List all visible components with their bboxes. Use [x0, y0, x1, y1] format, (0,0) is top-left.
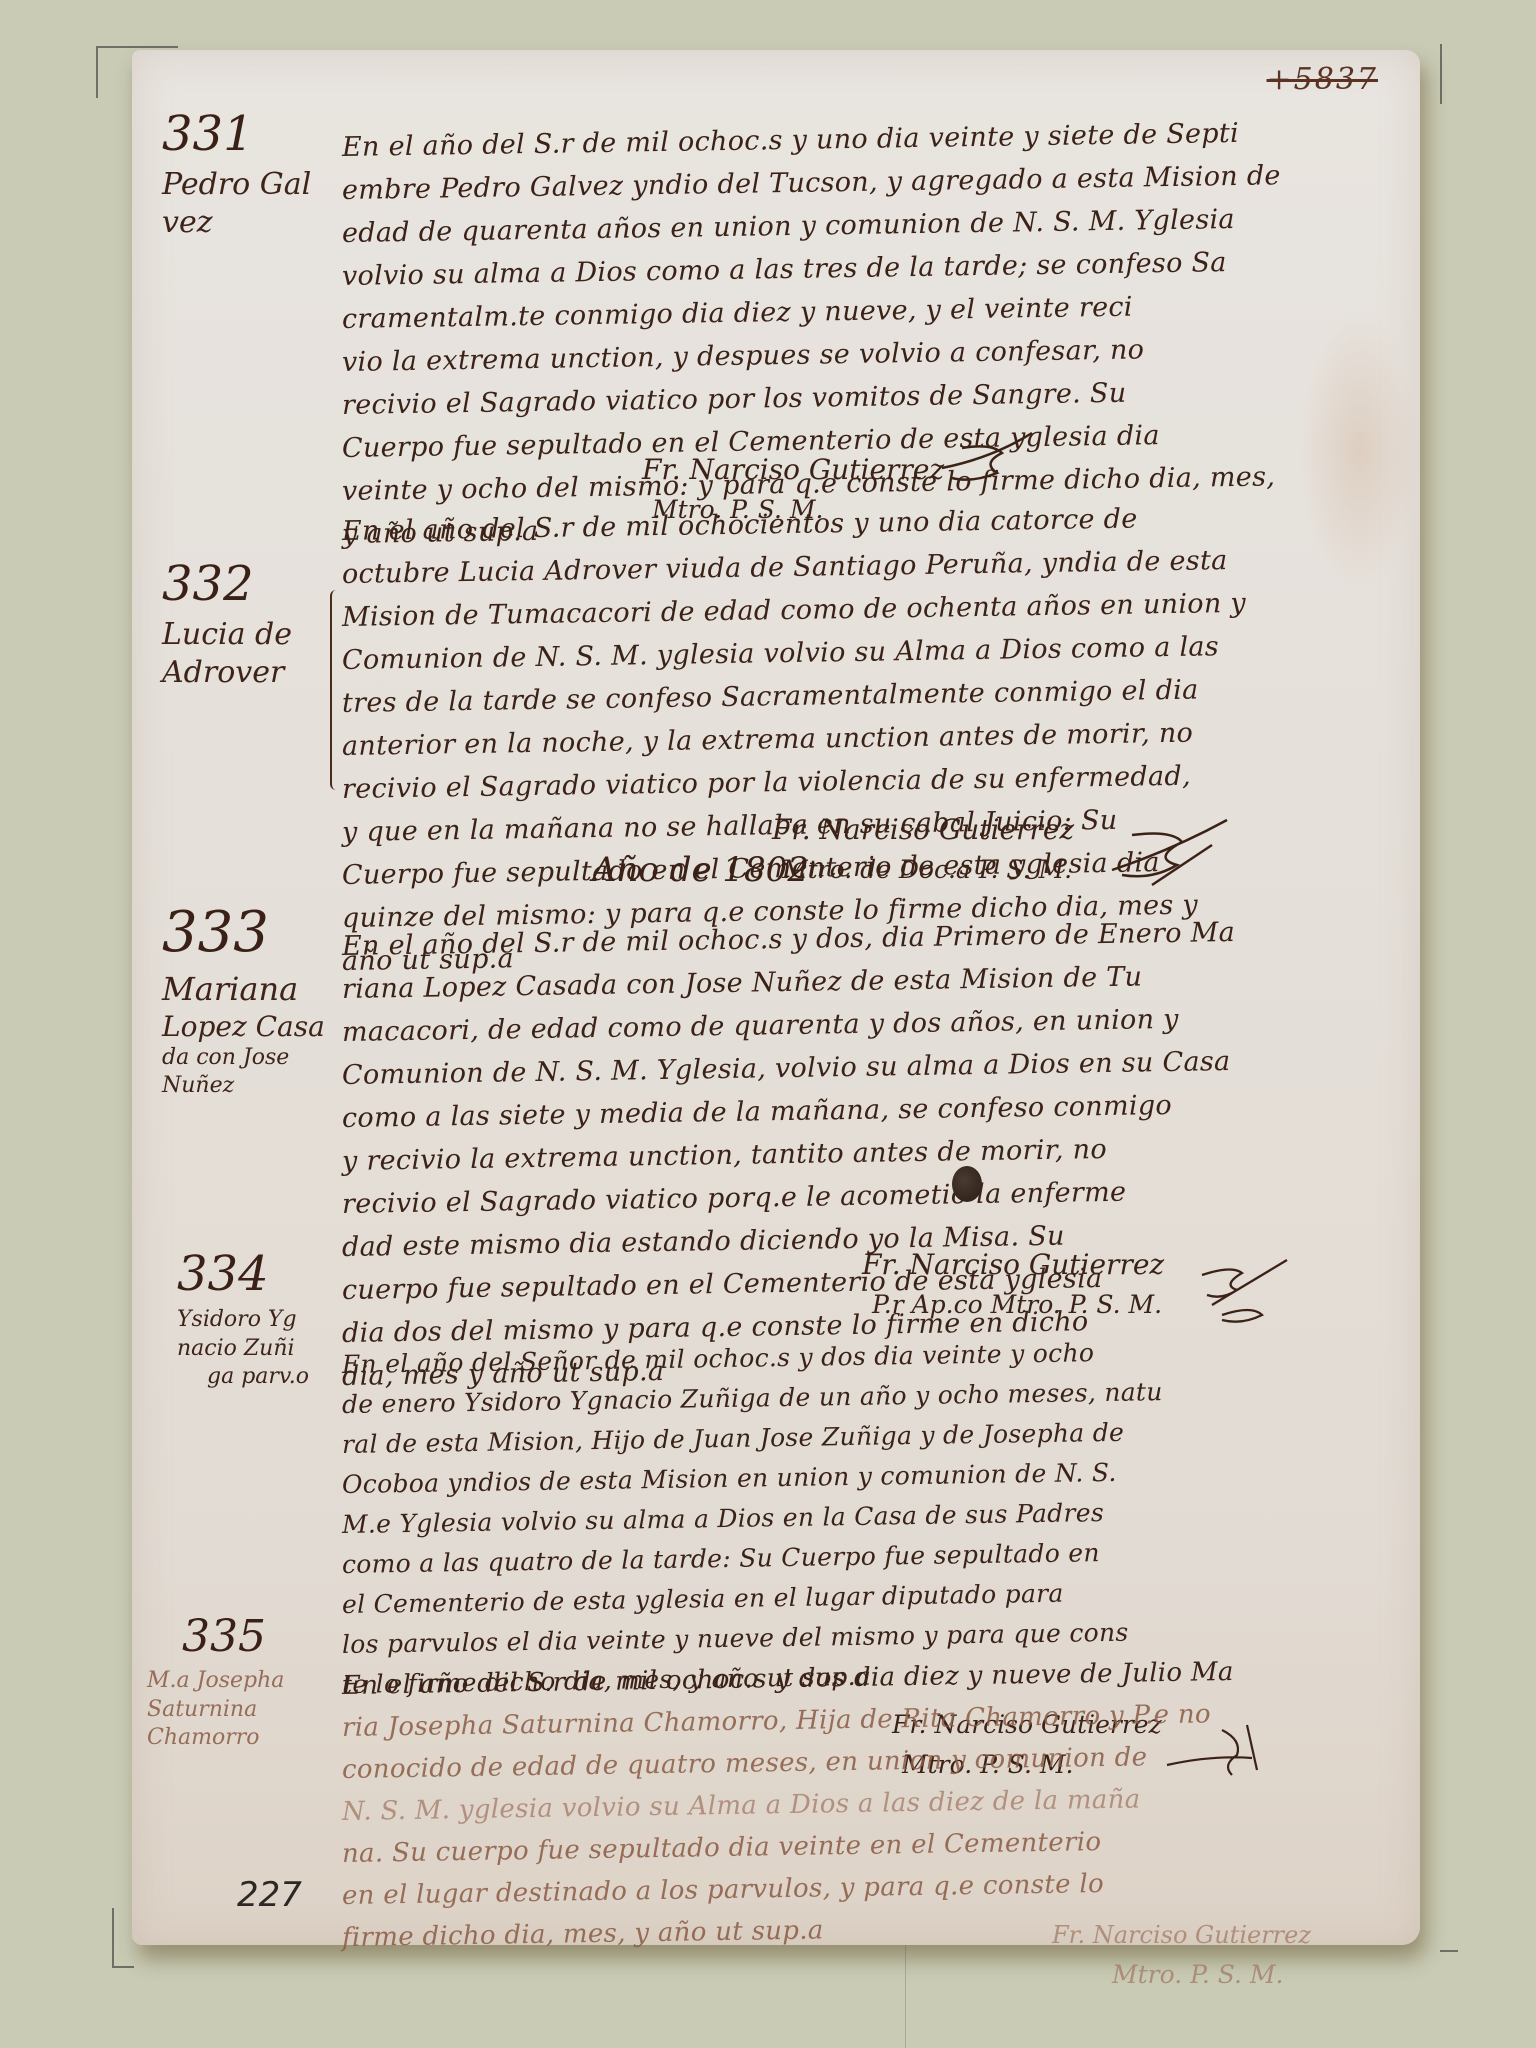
- entry-number: 332: [162, 560, 332, 608]
- folio-number: +5837: [1267, 62, 1378, 97]
- deceased-name: Mariana Lopez Casa da con Jose Nuñez: [162, 969, 332, 1099]
- entry-margin: 331 Pedro Gal vez: [162, 110, 332, 241]
- manuscript-page: +5837 331 Pedro Gal vez En el año del S.…: [132, 50, 1420, 1945]
- rubric-flourish-icon: [932, 428, 1052, 488]
- ink-blot: [952, 1166, 982, 1202]
- entry-number: 334: [177, 1250, 347, 1298]
- signature-title: Mtro. de Doc.a P. S. M.: [772, 850, 1074, 890]
- entry-margin: 332 Lucia de Adrover: [162, 560, 332, 691]
- deceased-name: Pedro Gal vez: [162, 166, 332, 241]
- deceased-name: M.a Josepha Saturnina Chamorro: [147, 1667, 317, 1753]
- priest-signature: Fr. Narciso Gutierrez P.r Ap.co Mtro. P.…: [862, 1245, 1164, 1325]
- rubric-flourish-icon: [1192, 1245, 1292, 1325]
- entry-margin: 333 Mariana Lopez Casa da con Jose Nuñez: [162, 905, 332, 1099]
- entry-margin: 334 Ysidoro Yg nacio Zuñi ga parv.o: [177, 1250, 347, 1392]
- signature-name: Fr. Narciso Gutierrez: [772, 810, 1074, 850]
- priest-signature: Fr. Narciso Gutierrez Mtro. de Doc.a P. …: [772, 810, 1074, 890]
- entry-number: 331: [162, 110, 332, 158]
- entry-number: 335: [147, 1615, 317, 1659]
- signature-name: Fr. Narciso Gutierrez: [642, 450, 944, 490]
- deceased-name: Ysidoro Yg nacio Zuñi ga parv.o: [177, 1306, 347, 1392]
- signature-title: P.r Ap.co Mtro. P. S. M.: [862, 1285, 1164, 1325]
- rubric-flourish-icon: [1092, 810, 1232, 890]
- signature-title: Mtro. P. S. M.: [1052, 1955, 1311, 1995]
- mount-corner-mark-top-right: [1420, 44, 1442, 104]
- entry-margin: 335 M.a Josepha Saturnina Chamorro: [147, 1615, 317, 1753]
- mount-corner-mark-bottom-left: [112, 1908, 134, 1968]
- entry-bracket: [330, 590, 342, 790]
- mount-corner-mark-bottom-right: [1440, 1900, 1458, 1952]
- signature-name: Fr. Narciso Gutierrez: [862, 1245, 1164, 1285]
- priest-signature: Fr. Narciso Gutierrez Mtro. P. S. M.: [1052, 1915, 1311, 1995]
- entry-text: En el año del S.r de mil ochoc.s y dos, …: [342, 925, 1392, 1398]
- entry-number: 333: [162, 905, 332, 961]
- archive-page-number: 227: [237, 1875, 302, 1915]
- deceased-name: Lucia de Adrover: [162, 616, 332, 691]
- signature-name: Fr. Narciso Gutierrez: [1052, 1915, 1311, 1955]
- year-heading: Año de 1802: [592, 850, 809, 890]
